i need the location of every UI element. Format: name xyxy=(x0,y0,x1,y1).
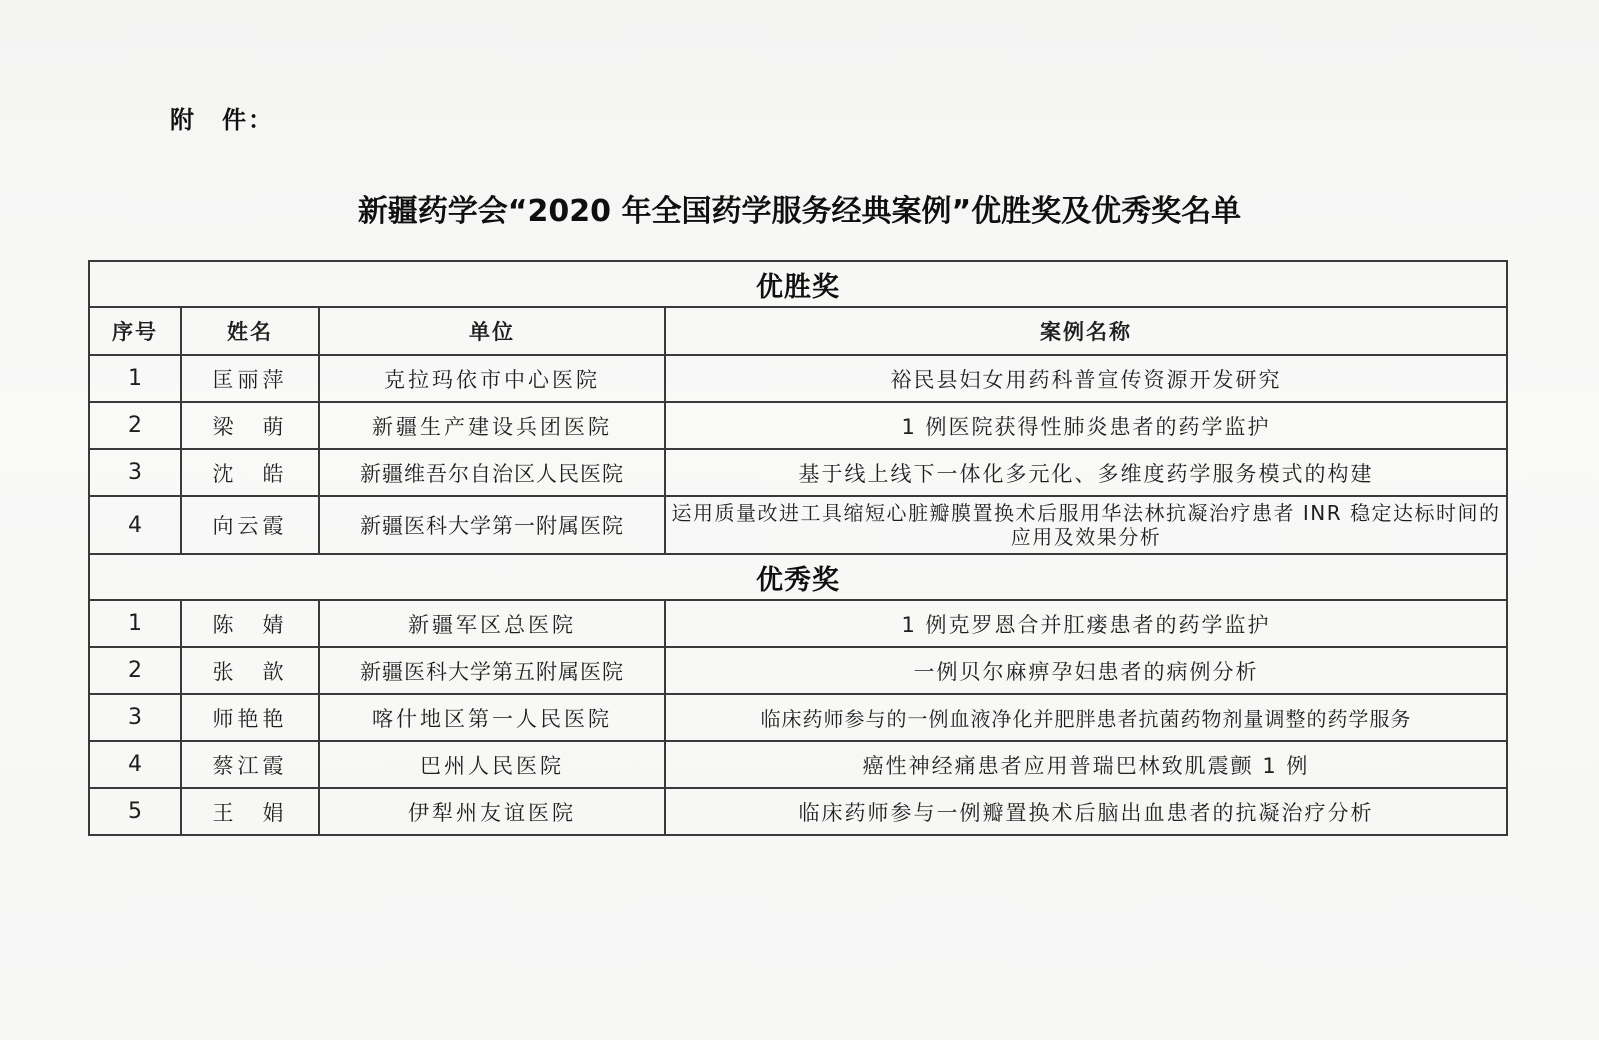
case-cell: 临床药师参与的一例血液净化并肥胖患者抗菌药物剂量调整的药学服务 xyxy=(665,694,1507,741)
section-title-excellence: 优秀奖 xyxy=(89,554,1507,600)
case-cell: 裕民县妇女用药科普宣传资源开发研究 xyxy=(665,355,1507,402)
table-row: 1 陈 婧 新疆军区总医院 1 例克罗恩合并肛瘘患者的药学监护 xyxy=(89,600,1507,647)
seq-cell: 2 xyxy=(89,647,181,694)
seq-cell: 3 xyxy=(89,694,181,741)
table-row: 4 向云霞 新疆医科大学第一附属医院 运用质量改进工具缩短心脏瓣膜置换术后服用华… xyxy=(89,496,1507,554)
unit-cell: 喀什地区第一人民医院 xyxy=(319,694,665,741)
name-cell: 蔡江霞 xyxy=(181,741,319,788)
name-cell: 向云霞 xyxy=(181,496,319,554)
unit-cell: 新疆医科大学第一附属医院 xyxy=(319,496,665,554)
attachment-label: 附 件： xyxy=(170,100,274,135)
name-cell: 王 娟 xyxy=(181,788,319,835)
table-header-row: 序号 姓名 单位 案例名称 xyxy=(89,307,1507,355)
table-row: 2 梁 萌 新疆生产建设兵团医院 1 例医院获得性肺炎患者的药学监护 xyxy=(89,402,1507,449)
unit-cell: 新疆军区总医院 xyxy=(319,600,665,647)
seq-cell: 2 xyxy=(89,402,181,449)
table-row: 3 师艳艳 喀什地区第一人民医院 临床药师参与的一例血液净化并肥胖患者抗菌药物剂… xyxy=(89,694,1507,741)
seq-cell: 4 xyxy=(89,741,181,788)
unit-cell: 克拉玛依市中心医院 xyxy=(319,355,665,402)
table-row: 2 张 歆 新疆医科大学第五附属医院 一例贝尔麻痹孕妇患者的病例分析 xyxy=(89,647,1507,694)
unit-cell: 新疆生产建设兵团医院 xyxy=(319,402,665,449)
column-header-case: 案例名称 xyxy=(665,307,1507,355)
section-title-winner: 优胜奖 xyxy=(89,261,1507,307)
name-cell: 匡丽萍 xyxy=(181,355,319,402)
seq-cell: 3 xyxy=(89,449,181,496)
name-cell: 师艳艳 xyxy=(181,694,319,741)
section-title-row: 优胜奖 xyxy=(89,261,1507,307)
section-title-row: 优秀奖 xyxy=(89,554,1507,600)
case-cell: 运用质量改进工具缩短心脏瓣膜置换术后服用华法林抗凝治疗患者 INR 稳定达标时间… xyxy=(665,496,1507,554)
table-row: 4 蔡江霞 巴州人民医院 癌性神经痛患者应用普瑞巴林致肌震颤 1 例 xyxy=(89,741,1507,788)
case-cell: 临床药师参与一例瓣置换术后脑出血患者的抗凝治疗分析 xyxy=(665,788,1507,835)
unit-cell: 伊犁州友谊医院 xyxy=(319,788,665,835)
name-cell: 张 歆 xyxy=(181,647,319,694)
table-row: 5 王 娟 伊犁州友谊医院 临床药师参与一例瓣置换术后脑出血患者的抗凝治疗分析 xyxy=(89,788,1507,835)
column-header-seq: 序号 xyxy=(89,307,181,355)
seq-cell: 4 xyxy=(89,496,181,554)
table-row: 1 匡丽萍 克拉玛依市中心医院 裕民县妇女用药科普宣传资源开发研究 xyxy=(89,355,1507,402)
name-cell: 梁 萌 xyxy=(181,402,319,449)
column-header-unit: 单位 xyxy=(319,307,665,355)
case-cell: 癌性神经痛患者应用普瑞巴林致肌震颤 1 例 xyxy=(665,741,1507,788)
seq-cell: 1 xyxy=(89,600,181,647)
case-cell: 1 例克罗恩合并肛瘘患者的药学监护 xyxy=(665,600,1507,647)
column-header-name: 姓名 xyxy=(181,307,319,355)
name-cell: 陈 婧 xyxy=(181,600,319,647)
award-list-table: 优胜奖 序号 姓名 单位 案例名称 1 匡丽萍 克拉玛依市中心医院 裕民县妇女用… xyxy=(88,260,1508,836)
unit-cell: 新疆医科大学第五附属医院 xyxy=(319,647,665,694)
case-cell: 1 例医院获得性肺炎患者的药学监护 xyxy=(665,402,1507,449)
table-row: 3 沈 皓 新疆维吾尔自治区人民医院 基于线上线下一体化多元化、多维度药学服务模… xyxy=(89,449,1507,496)
seq-cell: 1 xyxy=(89,355,181,402)
case-cell: 基于线上线下一体化多元化、多维度药学服务模式的构建 xyxy=(665,449,1507,496)
unit-cell: 新疆维吾尔自治区人民医院 xyxy=(319,449,665,496)
seq-cell: 5 xyxy=(89,788,181,835)
document-title: 新疆药学会“2020 年全国药学服务经典案例”优胜奖及优秀奖名单 xyxy=(0,186,1504,230)
name-cell: 沈 皓 xyxy=(181,449,319,496)
case-cell: 一例贝尔麻痹孕妇患者的病例分析 xyxy=(665,647,1507,694)
unit-cell: 巴州人民医院 xyxy=(319,741,665,788)
